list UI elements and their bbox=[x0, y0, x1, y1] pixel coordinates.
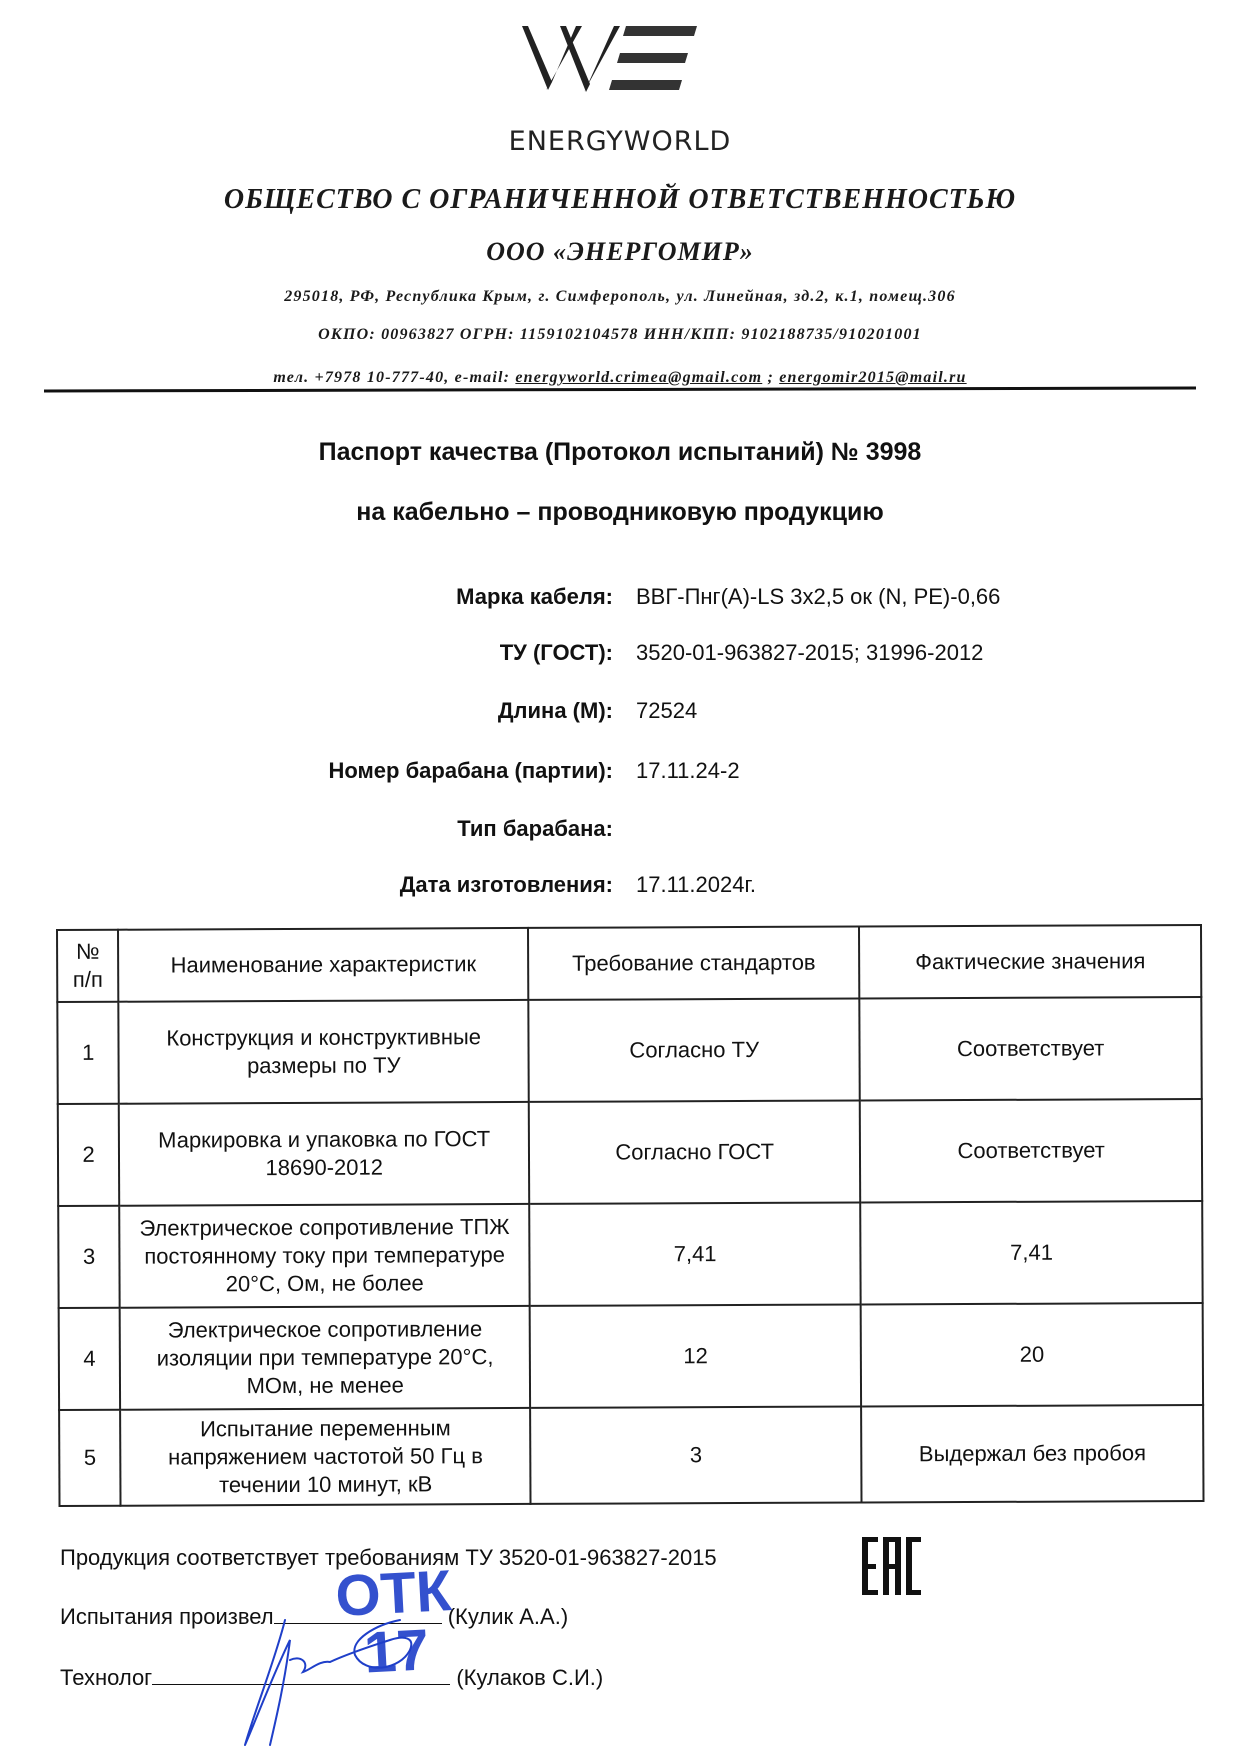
cell-actual: Соответствует bbox=[860, 997, 1202, 1100]
info-label: Тип барабана: bbox=[457, 816, 613, 842]
table-row: 3 Электрическое сопротивление ТПЖ постоя… bbox=[58, 1201, 1202, 1308]
info-value: 72524 bbox=[636, 698, 697, 724]
org-name: ООО «ЭНЕРГОМИР» bbox=[0, 237, 1240, 267]
tested-by-name: (Кулик А.А.) bbox=[448, 1604, 568, 1629]
contacts-prefix: тел. +7978 10-777-40, e-mail: bbox=[273, 369, 515, 386]
info-label: Номер барабана (партии): bbox=[328, 758, 613, 784]
cell-requirement: 3 bbox=[530, 1406, 862, 1503]
cell-actual: 20 bbox=[861, 1303, 1203, 1406]
info-length: Длина (М): 72524 bbox=[0, 698, 1240, 728]
org-address: 295018, РФ, Республика Крым, г. Симфероп… bbox=[0, 288, 1240, 306]
info-value: ВВГ-Пнг(А)-LS 3х2,5 ок (N, PE)-0,66 bbox=[636, 584, 1000, 610]
cell-characteristic: Конструкция и конструктивные размеры по … bbox=[119, 1000, 529, 1104]
cell-characteristic: Электрическое сопротивление ТПЖ постоянн… bbox=[120, 1204, 530, 1308]
info-label: Дата изготовления: bbox=[400, 872, 613, 898]
document-title: Паспорт качества (Протокол испытаний) № … bbox=[0, 438, 1240, 467]
org-registry: ОКПО: 00963827 ОГРН: 1159102104578 ИНН/К… bbox=[0, 326, 1240, 344]
table-row: 4 Электрическое сопротивление изоляции п… bbox=[59, 1303, 1203, 1410]
header-divider bbox=[44, 386, 1196, 392]
info-cable-brand: Марка кабеля: ВВГ-Пнг(А)-LS 3х2,5 ок (N,… bbox=[0, 584, 1240, 614]
test-results-table: № п/п Наименование характеристик Требова… bbox=[56, 924, 1205, 1507]
cell-actual: 7,41 bbox=[860, 1201, 1202, 1304]
cell-actual: Выдержал без пробоя bbox=[861, 1405, 1203, 1502]
org-legal-form: ОБЩЕСТВО С ОГРАНИЧЕННОЙ ОТВЕТСТВЕННОСТЬЮ bbox=[0, 184, 1240, 216]
col-header-actual: Фактические значения bbox=[859, 925, 1201, 998]
document-subtitle: на кабельно – проводниковую продукцию bbox=[0, 498, 1240, 527]
info-label: ТУ (ГОСТ): bbox=[500, 640, 613, 666]
email-link-1[interactable]: energyworld.crimea@gmail.com bbox=[515, 369, 762, 386]
cell-requirement: 12 bbox=[530, 1304, 862, 1407]
info-value: 17.11.2024г. bbox=[636, 872, 756, 898]
cell-number: 2 bbox=[58, 1104, 120, 1206]
info-value: 17.11.24-2 bbox=[636, 758, 740, 784]
technologist-label: Технолог bbox=[60, 1665, 152, 1690]
cell-requirement: Согласно ТУ bbox=[528, 998, 860, 1101]
table-row: 1 Конструкция и конструктивные размеры п… bbox=[57, 997, 1201, 1104]
we-logo-icon bbox=[522, 22, 697, 94]
cell-number: 5 bbox=[59, 1410, 121, 1506]
technologist-name: (Кулаков С.И.) bbox=[456, 1665, 603, 1690]
cell-characteristic: Маркировка и упаковка по ГОСТ 18690-2012 bbox=[119, 1102, 529, 1206]
info-drum-type: Тип барабана: bbox=[0, 816, 1240, 846]
email-link-2[interactable]: energomir2015@mail.ru bbox=[779, 369, 966, 386]
info-label: Марка кабеля: bbox=[456, 584, 613, 610]
email-separator: ; bbox=[762, 369, 779, 386]
cell-number: 4 bbox=[59, 1308, 121, 1410]
col-header-characteristic: Наименование характеристик bbox=[118, 928, 528, 1002]
info-label: Длина (М): bbox=[498, 698, 613, 724]
col-header-requirement: Требование стандартов bbox=[528, 926, 859, 999]
eac-mark-icon bbox=[862, 1535, 922, 1597]
info-standard: ТУ (ГОСТ): 3520-01-963827-2015; 31996-20… bbox=[0, 640, 1240, 670]
cell-requirement: 7,41 bbox=[529, 1202, 861, 1305]
cell-number: 1 bbox=[57, 1002, 119, 1104]
cell-requirement: Согласно ГОСТ bbox=[529, 1100, 861, 1203]
handwritten-signature-icon bbox=[215, 1600, 465, 1750]
info-drum-number: Номер барабана (партии): 17.11.24-2 bbox=[0, 758, 1240, 788]
info-value: 3520-01-963827-2015; 31996-2012 bbox=[636, 640, 983, 666]
col-header-number: № п/п bbox=[57, 930, 119, 1002]
cell-characteristic: Электрическое сопротивление изоляции при… bbox=[120, 1306, 530, 1410]
cell-number: 3 bbox=[58, 1206, 120, 1308]
cell-actual: Соответствует bbox=[860, 1099, 1202, 1202]
table-row: 2 Маркировка и упаковка по ГОСТ 18690-20… bbox=[58, 1099, 1202, 1206]
table-row: 5 Испытание переменным напряжением часто… bbox=[59, 1405, 1203, 1506]
table-header-row: № п/п Наименование характеристик Требова… bbox=[57, 925, 1201, 1002]
info-manufacture-date: Дата изготовления: 17.11.2024г. bbox=[0, 872, 1240, 902]
brand-name: ENERGYWORLD bbox=[0, 126, 1240, 157]
org-contacts: тел. +7978 10-777-40, e-mail: energyworl… bbox=[0, 369, 1240, 387]
cell-characteristic: Испытание переменным напряжением частото… bbox=[120, 1408, 530, 1506]
